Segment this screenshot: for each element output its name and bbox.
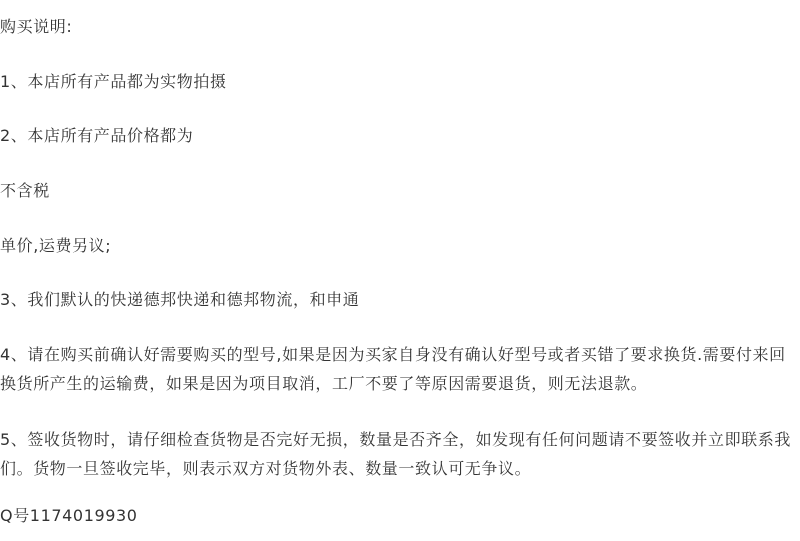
item-2-tax-note: 不含税 — [0, 181, 50, 201]
heading: 购买说明: — [0, 17, 72, 37]
item-5: 5、签收货物时，请仔细检查货物是否完好无损，数量是否齐全，如发现有任何问题请不要… — [0, 425, 796, 483]
item-1: 1、本店所有产品都为实物拍摄 — [0, 72, 227, 92]
item-2-shipping-note: 单价,运费另议; — [0, 236, 111, 256]
item-3: 3、我们默认的快递德邦快递和德邦物流，和申通 — [0, 290, 359, 310]
item-4: 4、请在购买前确认好需要购买的型号,如果是因为买家自身没有确认好型号或者买错了要… — [0, 340, 796, 398]
item-2: 2、本店所有产品价格都为 — [0, 126, 193, 146]
qq-contact: Q号1174019930 — [0, 506, 138, 526]
